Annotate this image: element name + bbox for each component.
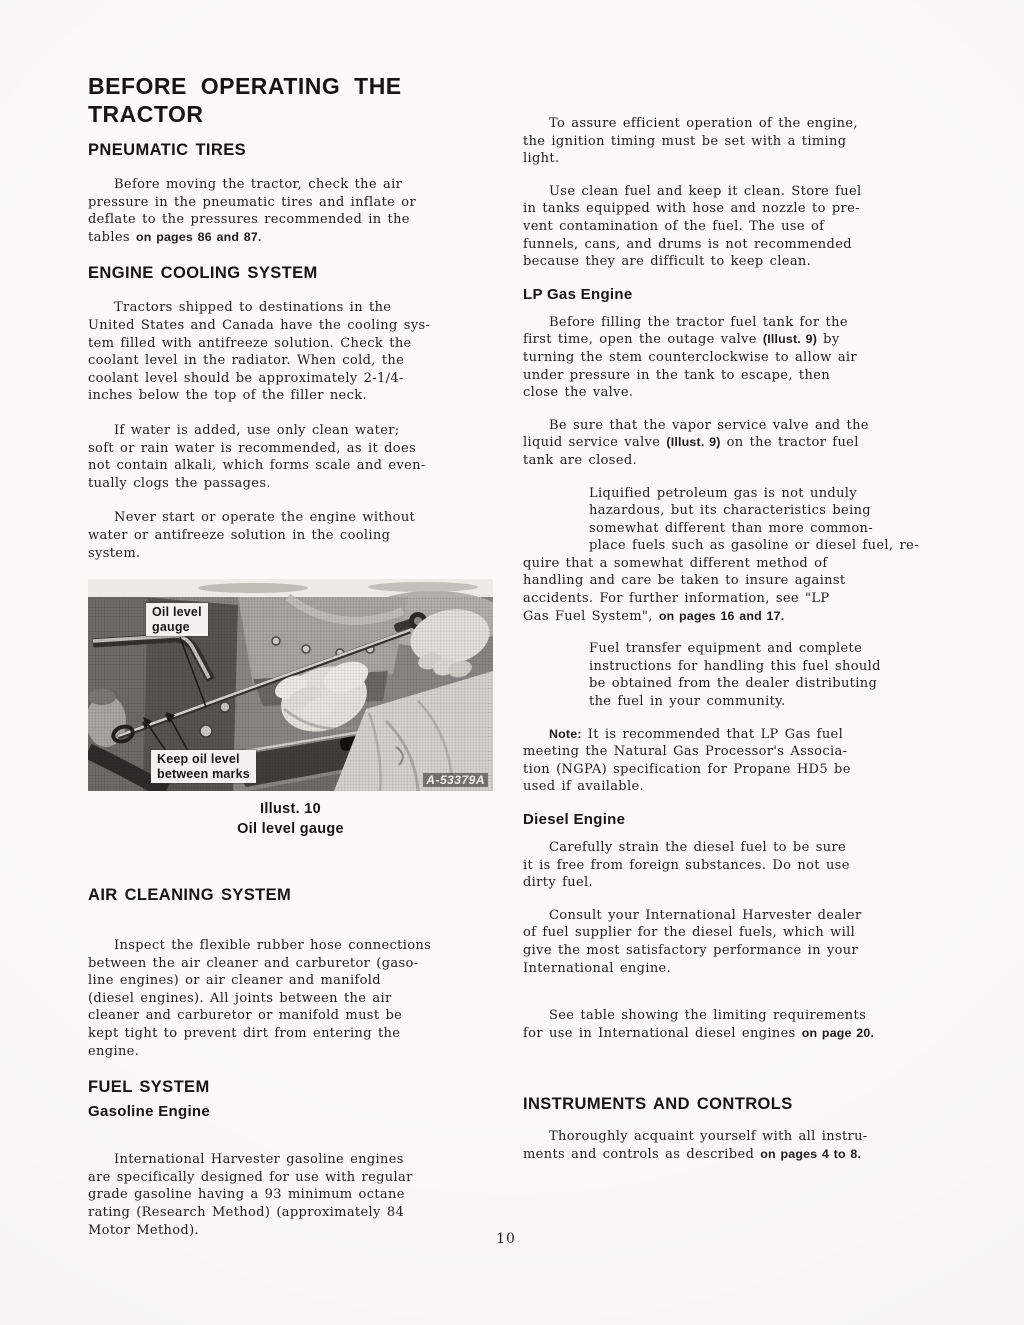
right-column: To assure efficient operation of the eng… — [523, 115, 943, 1179]
heading-fuel-system: FUEL SYSTEM — [88, 1077, 494, 1097]
paragraph-ignition-timing: To assure efficient operation of the eng… — [523, 115, 943, 168]
paragraph-diesel-strain: Carefully strain the diesel fuel to be s… — [523, 839, 943, 892]
heading-diesel-engine: Diesel Engine — [523, 811, 943, 829]
paragraph-lp-note: Note: It is recommended that LP Gas fuel… — [523, 726, 943, 796]
indent-spacer — [523, 640, 589, 693]
photo-id-number: A-53379A — [423, 773, 488, 787]
page-ref: on page 20. — [802, 1026, 874, 1040]
oil-level-gauge-photo: Oil level gauge Keep oil level between m… — [88, 579, 493, 791]
paragraph-instruments: Thoroughly acquaint yourself with all in… — [523, 1128, 943, 1163]
paragraph-clean-fuel: Use clean fuel and keep it clean. Store … — [523, 183, 943, 271]
paragraph-diesel-table: See table showing the limiting requireme… — [523, 1007, 943, 1042]
paragraph-cooling-3: Never start or operate the engine withou… — [88, 509, 494, 562]
paragraph-cooling-2: If water is added, use only clean water;… — [88, 422, 494, 492]
heading-air-cleaning-system: AIR CLEANING SYSTEM — [88, 885, 494, 905]
page-title: BEFORE OPERATING THE TRACTOR — [88, 72, 494, 128]
paragraph-lp-fuel-transfer: Fuel transfer equipment and complete ins… — [523, 640, 943, 710]
illust-ref: (Illust. 9) — [666, 435, 720, 449]
page-ref: on pages 4 to 8. — [760, 1147, 861, 1161]
heading-pneumatic-tires: PNEUMATIC TIRES — [88, 140, 494, 160]
paragraph-diesel-consult: Consult your International Harvester dea… — [523, 907, 943, 977]
heading-gasoline-engine: Gasoline Engine — [88, 1103, 494, 1121]
paragraph-gasoline-engine: International Harvester gasoline engines… — [88, 1151, 494, 1239]
heading-engine-cooling-system: ENGINE COOLING SYSTEM — [88, 263, 494, 283]
page-number: 10 — [0, 1231, 1012, 1247]
photo-caption-line2: Oil level gauge — [88, 819, 493, 839]
illust-ref: (Illust. 9) — [763, 332, 817, 346]
photo-caption-line1: Illust. 10 — [88, 799, 493, 819]
photo-label-oil-level-gauge: Oil level gauge — [146, 603, 208, 636]
indent-spacer — [523, 485, 589, 538]
paragraph-lp-outage-valve: Before filling the tractor fuel tank for… — [523, 314, 943, 402]
paragraph-lp-service-valves: Be sure that the vapor service valve and… — [523, 417, 943, 470]
page-ref: on pages 86 and 87. — [136, 230, 262, 244]
heading-lp-gas-engine: LP Gas Engine — [523, 286, 943, 304]
paragraph-lp-characteristics: Liquified petroleum gas is not unduly ha… — [523, 485, 943, 626]
note-label: Note: — [549, 727, 582, 741]
paragraph-pneumatic-tires: Before moving the tractor, check the air… — [88, 176, 494, 246]
photo-label-keep-oil-level: Keep oil level between marks — [151, 750, 256, 783]
left-column: BEFORE OPERATING THE TRACTOR PNEUMATIC T… — [88, 72, 494, 1256]
heading-instruments-and-controls: INSTRUMENTS AND CONTROLS — [523, 1094, 943, 1114]
paragraph-air-cleaning: Inspect the flexible rubber hose connect… — [88, 937, 494, 1060]
page-ref: on pages 16 and 17. — [659, 609, 785, 623]
manual-page: BEFORE OPERATING THE TRACTOR PNEUMATIC T… — [0, 0, 1024, 1325]
paragraph-cooling-1: Tractors shipped to destinations in the … — [88, 299, 494, 405]
